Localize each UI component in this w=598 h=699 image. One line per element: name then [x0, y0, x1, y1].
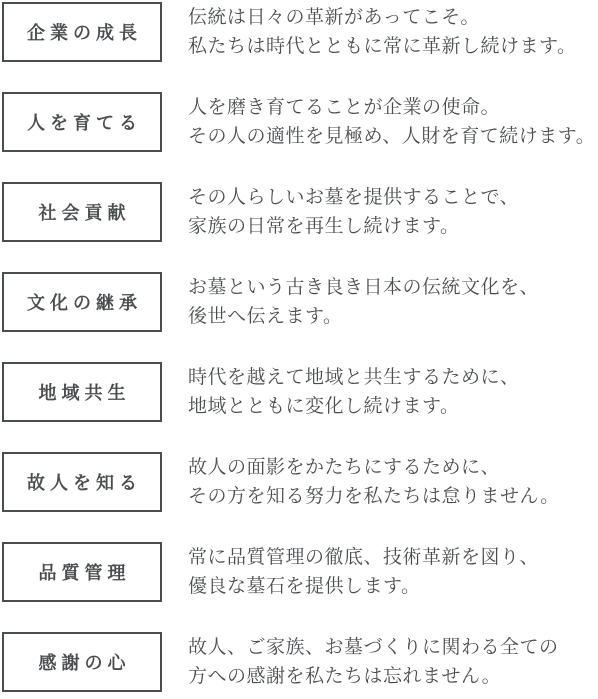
item-description: 時代を越えて地域と共生するために、 地域とともに変化し続けます。: [188, 363, 520, 421]
philosophy-item-heart-of-gratitude: 感謝の心 故人、ご家族、お墓づくりに関わる全ての 方への感謝を私たちは忘れません…: [2, 632, 598, 692]
description-line-1: 故人、ご家族、お墓づくりに関わる全ての: [188, 633, 559, 662]
philosophy-list: 企業の成長 伝統は日々の革新があってこそ。 私たちは時代とともに常に革新し続けま…: [0, 0, 598, 692]
item-label-box: 地域共生: [2, 362, 162, 422]
description-line-2: 家族の日常を再生し続けます。: [188, 212, 519, 241]
description-line-2: 優良な墓石を提供します。: [188, 572, 539, 601]
description-line-1: お墓という古き良き日本の伝統文化を、: [188, 273, 539, 302]
description-line-2: 私たちは時代とともに常に革新し続けます。: [188, 32, 576, 61]
description-line-1: 故人の面影をかたちにするために、: [188, 453, 560, 482]
description-line-2: 方への感謝を私たちは忘れません。: [188, 662, 559, 691]
item-label: 故人を知る: [27, 469, 142, 495]
item-label: 感謝の心: [39, 649, 131, 675]
philosophy-item-quality-control: 品質管理 常に品質管理の徹底、技術革新を図り、 優良な墓石を提供します。: [2, 542, 598, 602]
description-line-1: その人らしいお墓を提供することで、: [188, 183, 519, 212]
description-line-2: その方を知る努力を私たちは怠りません。: [188, 482, 560, 511]
item-description: 人を磨き育てることが企業の使命。 その人の適性を見極め、人財を育て続けます。: [188, 93, 595, 151]
item-label-box: 企業の成長: [2, 2, 162, 62]
item-label-box: 感謝の心: [2, 632, 162, 692]
item-label: 人を育てる: [27, 109, 142, 135]
item-description: 故人、ご家族、お墓づくりに関わる全ての 方への感謝を私たちは忘れません。: [188, 633, 559, 691]
philosophy-item-regional-coexistence: 地域共生 時代を越えて地域と共生するために、 地域とともに変化し続けます。: [2, 362, 598, 422]
item-description: 常に品質管理の徹底、技術革新を図り、 優良な墓石を提供します。: [188, 543, 539, 601]
description-line-1: 人を磨き育てることが企業の使命。: [188, 93, 595, 122]
item-label-box: 故人を知る: [2, 452, 162, 512]
item-label-box: 文化の継承: [2, 272, 162, 332]
description-line-1: 常に品質管理の徹底、技術革新を図り、: [188, 543, 539, 572]
philosophy-item-corporate-growth: 企業の成長 伝統は日々の革新があってこそ。 私たちは時代とともに常に革新し続けま…: [2, 2, 598, 62]
philosophy-item-social-contribution: 社会貢献 その人らしいお墓を提供することで、 家族の日常を再生し続けます。: [2, 182, 598, 242]
description-line-1: 時代を越えて地域と共生するために、: [188, 363, 520, 392]
item-description: 伝統は日々の革新があってこそ。 私たちは時代とともに常に革新し続けます。: [188, 3, 576, 61]
philosophy-item-developing-people: 人を育てる 人を磨き育てることが企業の使命。 その人の適性を見極め、人財を育て続…: [2, 92, 598, 152]
item-label: 社会貢献: [39, 199, 131, 225]
item-description: お墓という古き良き日本の伝統文化を、 後世へ伝えます。: [188, 273, 539, 331]
item-description: 故人の面影をかたちにするために、 その方を知る努力を私たちは怠りません。: [188, 453, 560, 511]
description-line-2: その人の適性を見極め、人財を育て続けます。: [188, 122, 595, 151]
item-label: 品質管理: [39, 559, 131, 585]
philosophy-item-cultural-inheritance: 文化の継承 お墓という古き良き日本の伝統文化を、 後世へ伝えます。: [2, 272, 598, 332]
item-label: 文化の継承: [27, 289, 142, 315]
item-label-box: 人を育てる: [2, 92, 162, 152]
description-line-2: 地域とともに変化し続けます。: [188, 392, 520, 421]
item-label: 地域共生: [39, 379, 131, 405]
description-line-1: 伝統は日々の革新があってこそ。: [188, 3, 576, 32]
item-label-box: 社会貢献: [2, 182, 162, 242]
description-line-2: 後世へ伝えます。: [188, 302, 539, 331]
philosophy-item-knowing-the-deceased: 故人を知る 故人の面影をかたちにするために、 その方を知る努力を私たちは怠りませ…: [2, 452, 598, 512]
item-label: 企業の成長: [27, 19, 142, 45]
item-label-box: 品質管理: [2, 542, 162, 602]
item-description: その人らしいお墓を提供することで、 家族の日常を再生し続けます。: [188, 183, 519, 241]
